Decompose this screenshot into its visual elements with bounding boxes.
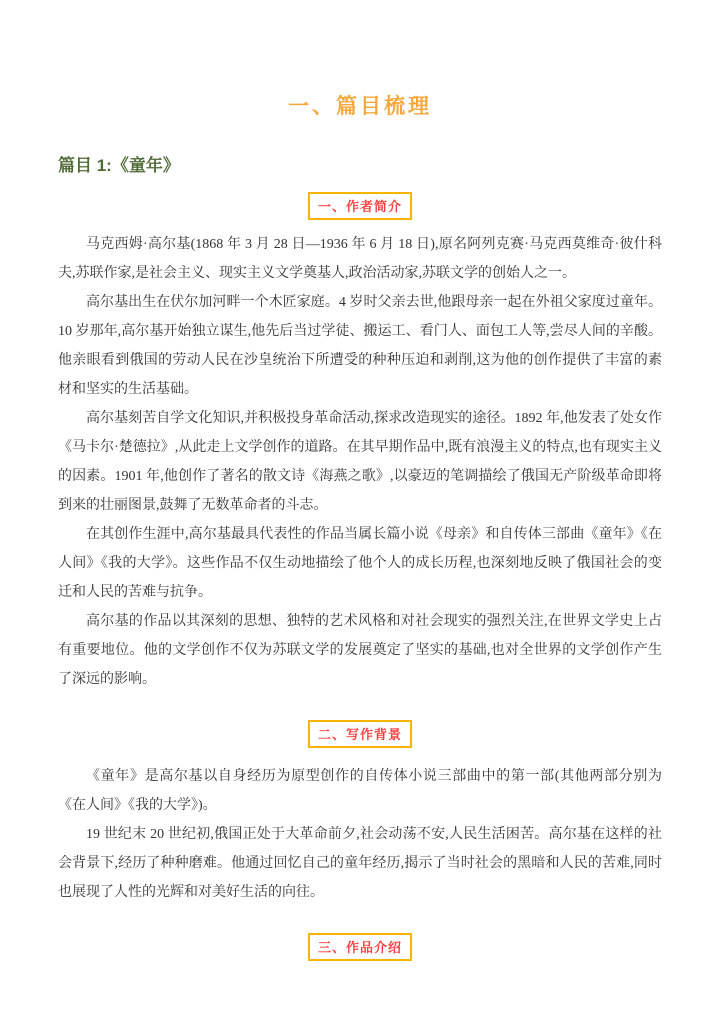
body-paragraph: 高尔基刻苦自学文化知识,并积极投身革命活动,探求改造现实的途径。1892 年,他… [58,404,662,520]
section-badge-row-author-intro: 一、作者简介 [58,192,662,220]
section-badge-writing-background: 二、写作背景 [308,720,412,748]
section-badge-work-introduction: 三、作品介绍 [308,933,412,961]
section-badge-author-intro: 一、作者简介 [308,192,412,220]
section-body-writing-background: 《童年》是高尔基以自身经历为原型创作的自传体小说三部曲中的第一部(其他两部分别为… [58,762,662,907]
section-badge-row-writing-background: 二、写作背景 [58,720,662,748]
document-page: 一、篇目梳理 篇目 1:《童年》 一、作者简介 马克西姆·高尔基(1868 年 … [0,0,720,1024]
body-paragraph: 高尔基的作品以其深刻的思想、独特的艺术风格和对社会现实的强烈关注,在世界文学史上… [58,607,662,694]
body-paragraph: 《童年》是高尔基以自身经历为原型创作的自传体小说三部曲中的第一部(其他两部分别为… [58,762,662,820]
section-badge-row-work-introduction: 三、作品介绍 [58,933,662,961]
body-paragraph: 高尔基出生在伏尔加河畔一个木匠家庭。4 岁时父亲去世,他跟母亲一起在外祖父家度过… [58,288,662,404]
body-paragraph: 马克西姆·高尔基(1868 年 3 月 28 日—1936 年 6 月 18 日… [58,230,662,288]
body-paragraph: 19 世纪末 20 世纪初,俄国正处于大革命前夕,社会动荡不安,人民生活困苦。高… [58,820,662,907]
chapter-heading: 篇目 1:《童年》 [58,154,662,178]
section-body-author-intro: 马克西姆·高尔基(1868 年 3 月 28 日—1936 年 6 月 18 日… [58,230,662,694]
page-title: 一、篇目梳理 [58,92,662,122]
body-paragraph: 在其创作生涯中,高尔基最具代表性的作品当属长篇小说《母亲》和自传体三部曲《童年》… [58,520,662,607]
